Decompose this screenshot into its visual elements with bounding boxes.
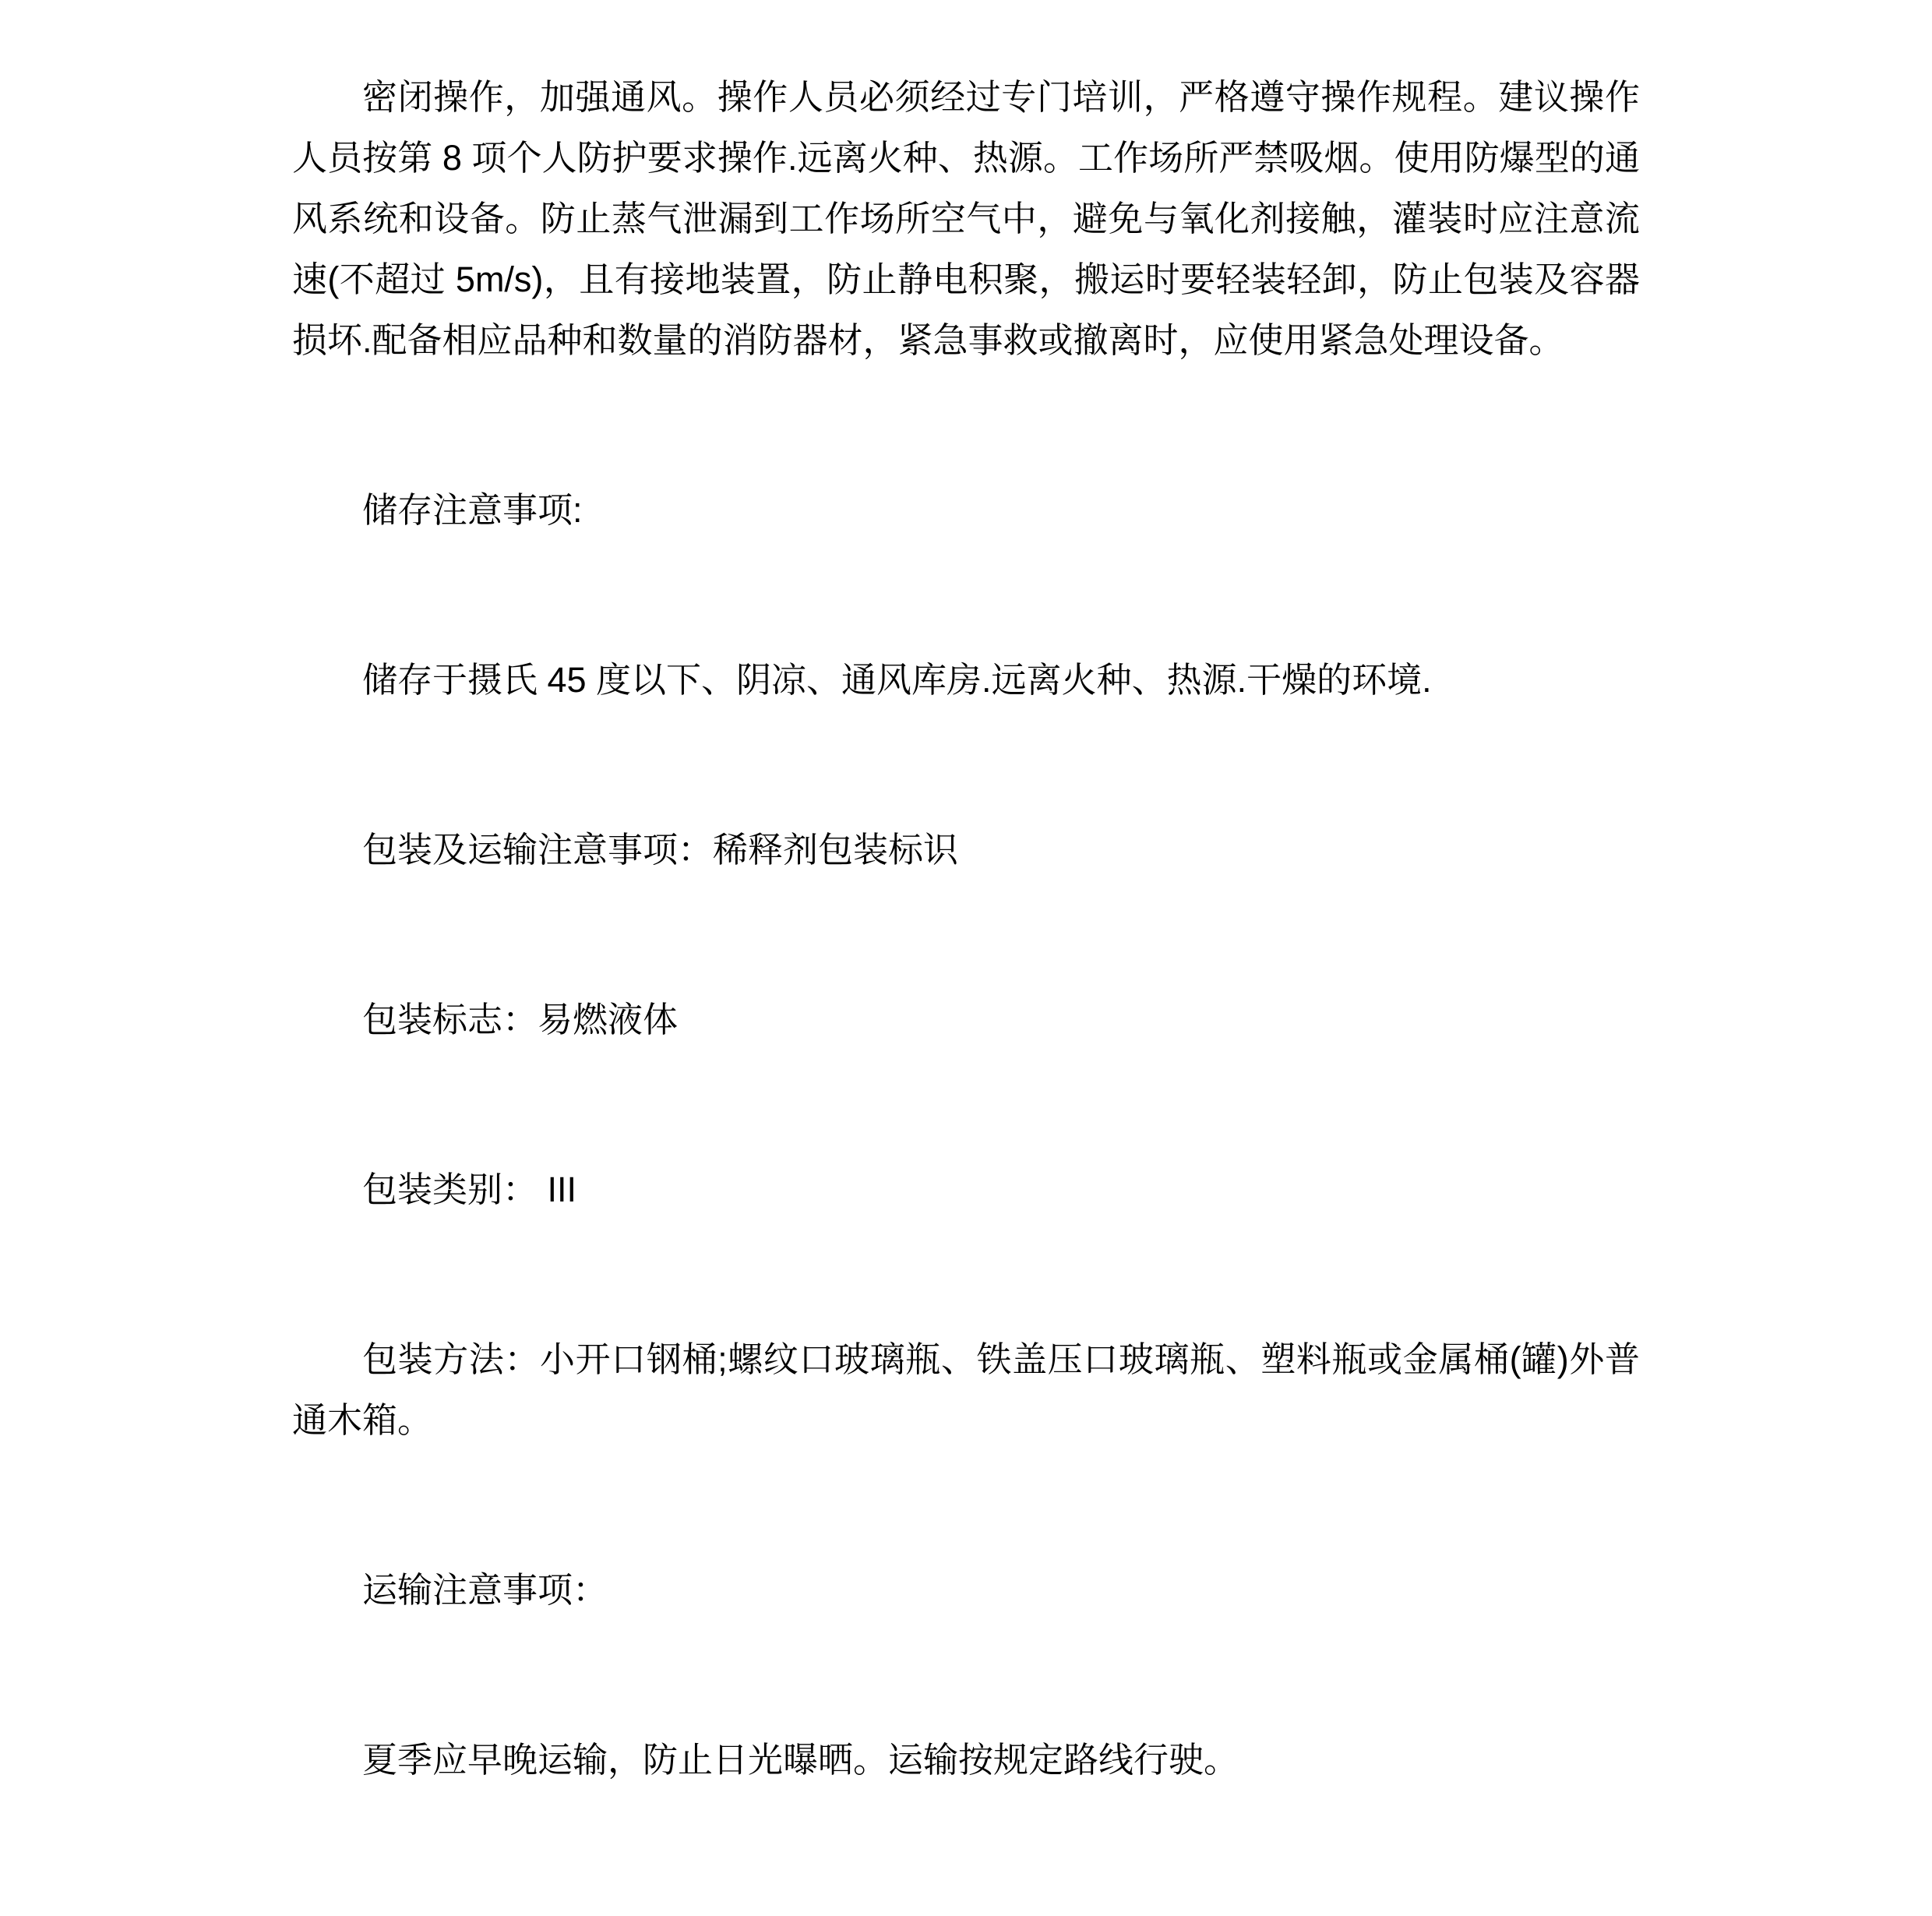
paragraph-packing-mark: 包装标志：易燃液体 (292, 990, 1640, 1050)
heading-storage-precautions: 储存注意事项: (292, 480, 1640, 541)
paragraph-packing-method: 包装方法：小开口钢桶;螺纹口玻璃瓶、铁盖压口玻璃瓶、塑料瓶或金属桶(罐)外普通木… (292, 1329, 1640, 1451)
heading-packing-transport-precautions: 包装及运输注意事项：稀释剂包装标识 (292, 820, 1640, 880)
document-page: 密闭操作，加强通风。操作人员必须经过专门培训，严格遵守操作规程。建议操作人员按第… (0, 0, 1932, 1916)
heading-transport-precautions: 运输注意事项： (292, 1560, 1640, 1621)
paragraph-packing-class: 包装类别： III (292, 1159, 1640, 1220)
paragraph-transport-precautions: 夏季应早晚运输，防止日光曝晒。运输按规定路线行驶。 (292, 1730, 1640, 1791)
paragraph-storage-precautions: 储存于摄氏 45 度以下、阴凉、通风库房.远离火种、热源.干燥的环境. (292, 650, 1640, 711)
paragraph-operation-precautions: 密闭操作，加强通风。操作人员必须经过专门培训，严格遵守操作规程。建议操作人员按第… (292, 67, 1640, 371)
